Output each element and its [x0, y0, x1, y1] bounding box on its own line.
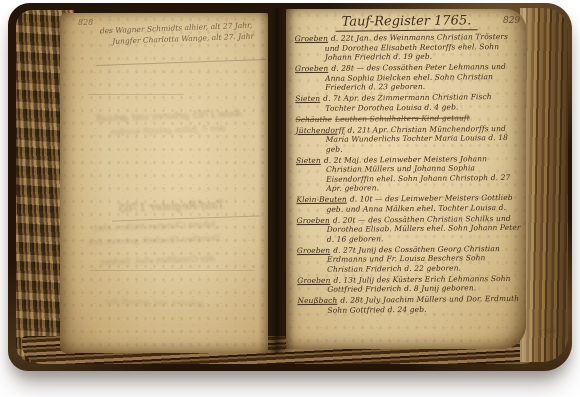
baptism-entry: Neußbachd. 28t July Joachim Müllers und … — [297, 294, 521, 315]
entry-text: d. 28t — des Cossäthen Peter Lehmanns un… — [325, 62, 506, 92]
entry-place: Groeben — [295, 34, 328, 43]
entry-text: d. 22t Jan. des Weinmanns Christian Trös… — [325, 32, 508, 62]
entry-text: d. 27t Junij des Cossäthen Georg Christi… — [327, 244, 500, 274]
baptism-entry: Groebend. 13t Julij des Küsters Erich Le… — [297, 274, 521, 295]
register-title: Tauf-Register 1765. — [294, 13, 518, 30]
right-page-content: Tauf-Register 1765. Groebend. 22t Jan. d… — [294, 13, 521, 317]
baptism-entry: Klein-Beutend. 10t — des Leinweber Meist… — [296, 193, 520, 214]
left-page — [60, 13, 268, 353]
entry-text: d. 13t Julij des Küsters Erich Lehmanns … — [327, 274, 510, 294]
entry-place: Neußbach — [297, 296, 337, 305]
entry-place: Sieten — [295, 94, 320, 103]
entry-text: d. 21t Apr. Christian Münchendorffs und … — [326, 124, 508, 154]
left-page-number: 828 — [78, 18, 93, 27]
baptism-entry-crossed-out: SchäutheLeuthen Schulhalters Kind getauf… — [295, 112, 519, 124]
entry-text: Leuthen Schulhalters Kind getauft — [335, 113, 470, 123]
page-block-edge-right — [520, 8, 568, 362]
baptism-entry: Sietend. 7t Apr. des Zimmermann Christia… — [295, 92, 519, 113]
register-title-text: Tauf-Register 1765. — [336, 13, 478, 31]
entry-text: d. 10t — des Leinweber Meisters Gottlieb… — [326, 193, 512, 213]
entry-text: d. 2t Maj. des Leinweber Meisters Johann… — [324, 154, 511, 193]
baptism-entries: Groebend. 22t Jan. des Weinmanns Christi… — [295, 32, 522, 316]
parchment-texture — [60, 13, 268, 353]
entry-place: Klein-Beuten — [296, 195, 347, 205]
entry-text: d. 7t Apr. des Zimmermann Christian Fisc… — [323, 92, 492, 112]
baptism-entry: Groebend. 20t — des Cossäthen Christian … — [297, 214, 521, 245]
baptism-entry: Sietend. 2t Maj. des Leinweber Meisters … — [296, 154, 520, 194]
baptism-entry: Groebend. 27t Junij des Cossäthen Georg … — [297, 244, 521, 275]
entry-place: Groeben — [297, 276, 330, 285]
entry-place: Groeben — [297, 246, 330, 255]
entry-place: Jütchendorff — [296, 125, 345, 135]
entry-place: Sieten — [296, 156, 321, 165]
entry-place: Groeben — [295, 64, 328, 73]
baptism-entry: Jütchendorffd. 21t Apr. Christian Münche… — [296, 123, 520, 154]
entry-place: Schäuthe — [295, 114, 332, 123]
entry-text: d. 28t July Joachim Müllers und Dor. Erd… — [327, 294, 519, 315]
baptism-entry: Groebend. 22t Jan. des Weinmanns Christi… — [295, 32, 519, 63]
baptism-entry: Groebend. 28t — des Cossäthen Peter Lehm… — [295, 62, 519, 93]
entry-text: d. 20t — des Cossäthen Christian Schilks… — [327, 214, 521, 244]
entry-place: Groeben — [297, 216, 330, 225]
photo-open-baptism-register: 828 des Wagner Schmidts alhier, alt 27 J… — [0, 0, 580, 397]
